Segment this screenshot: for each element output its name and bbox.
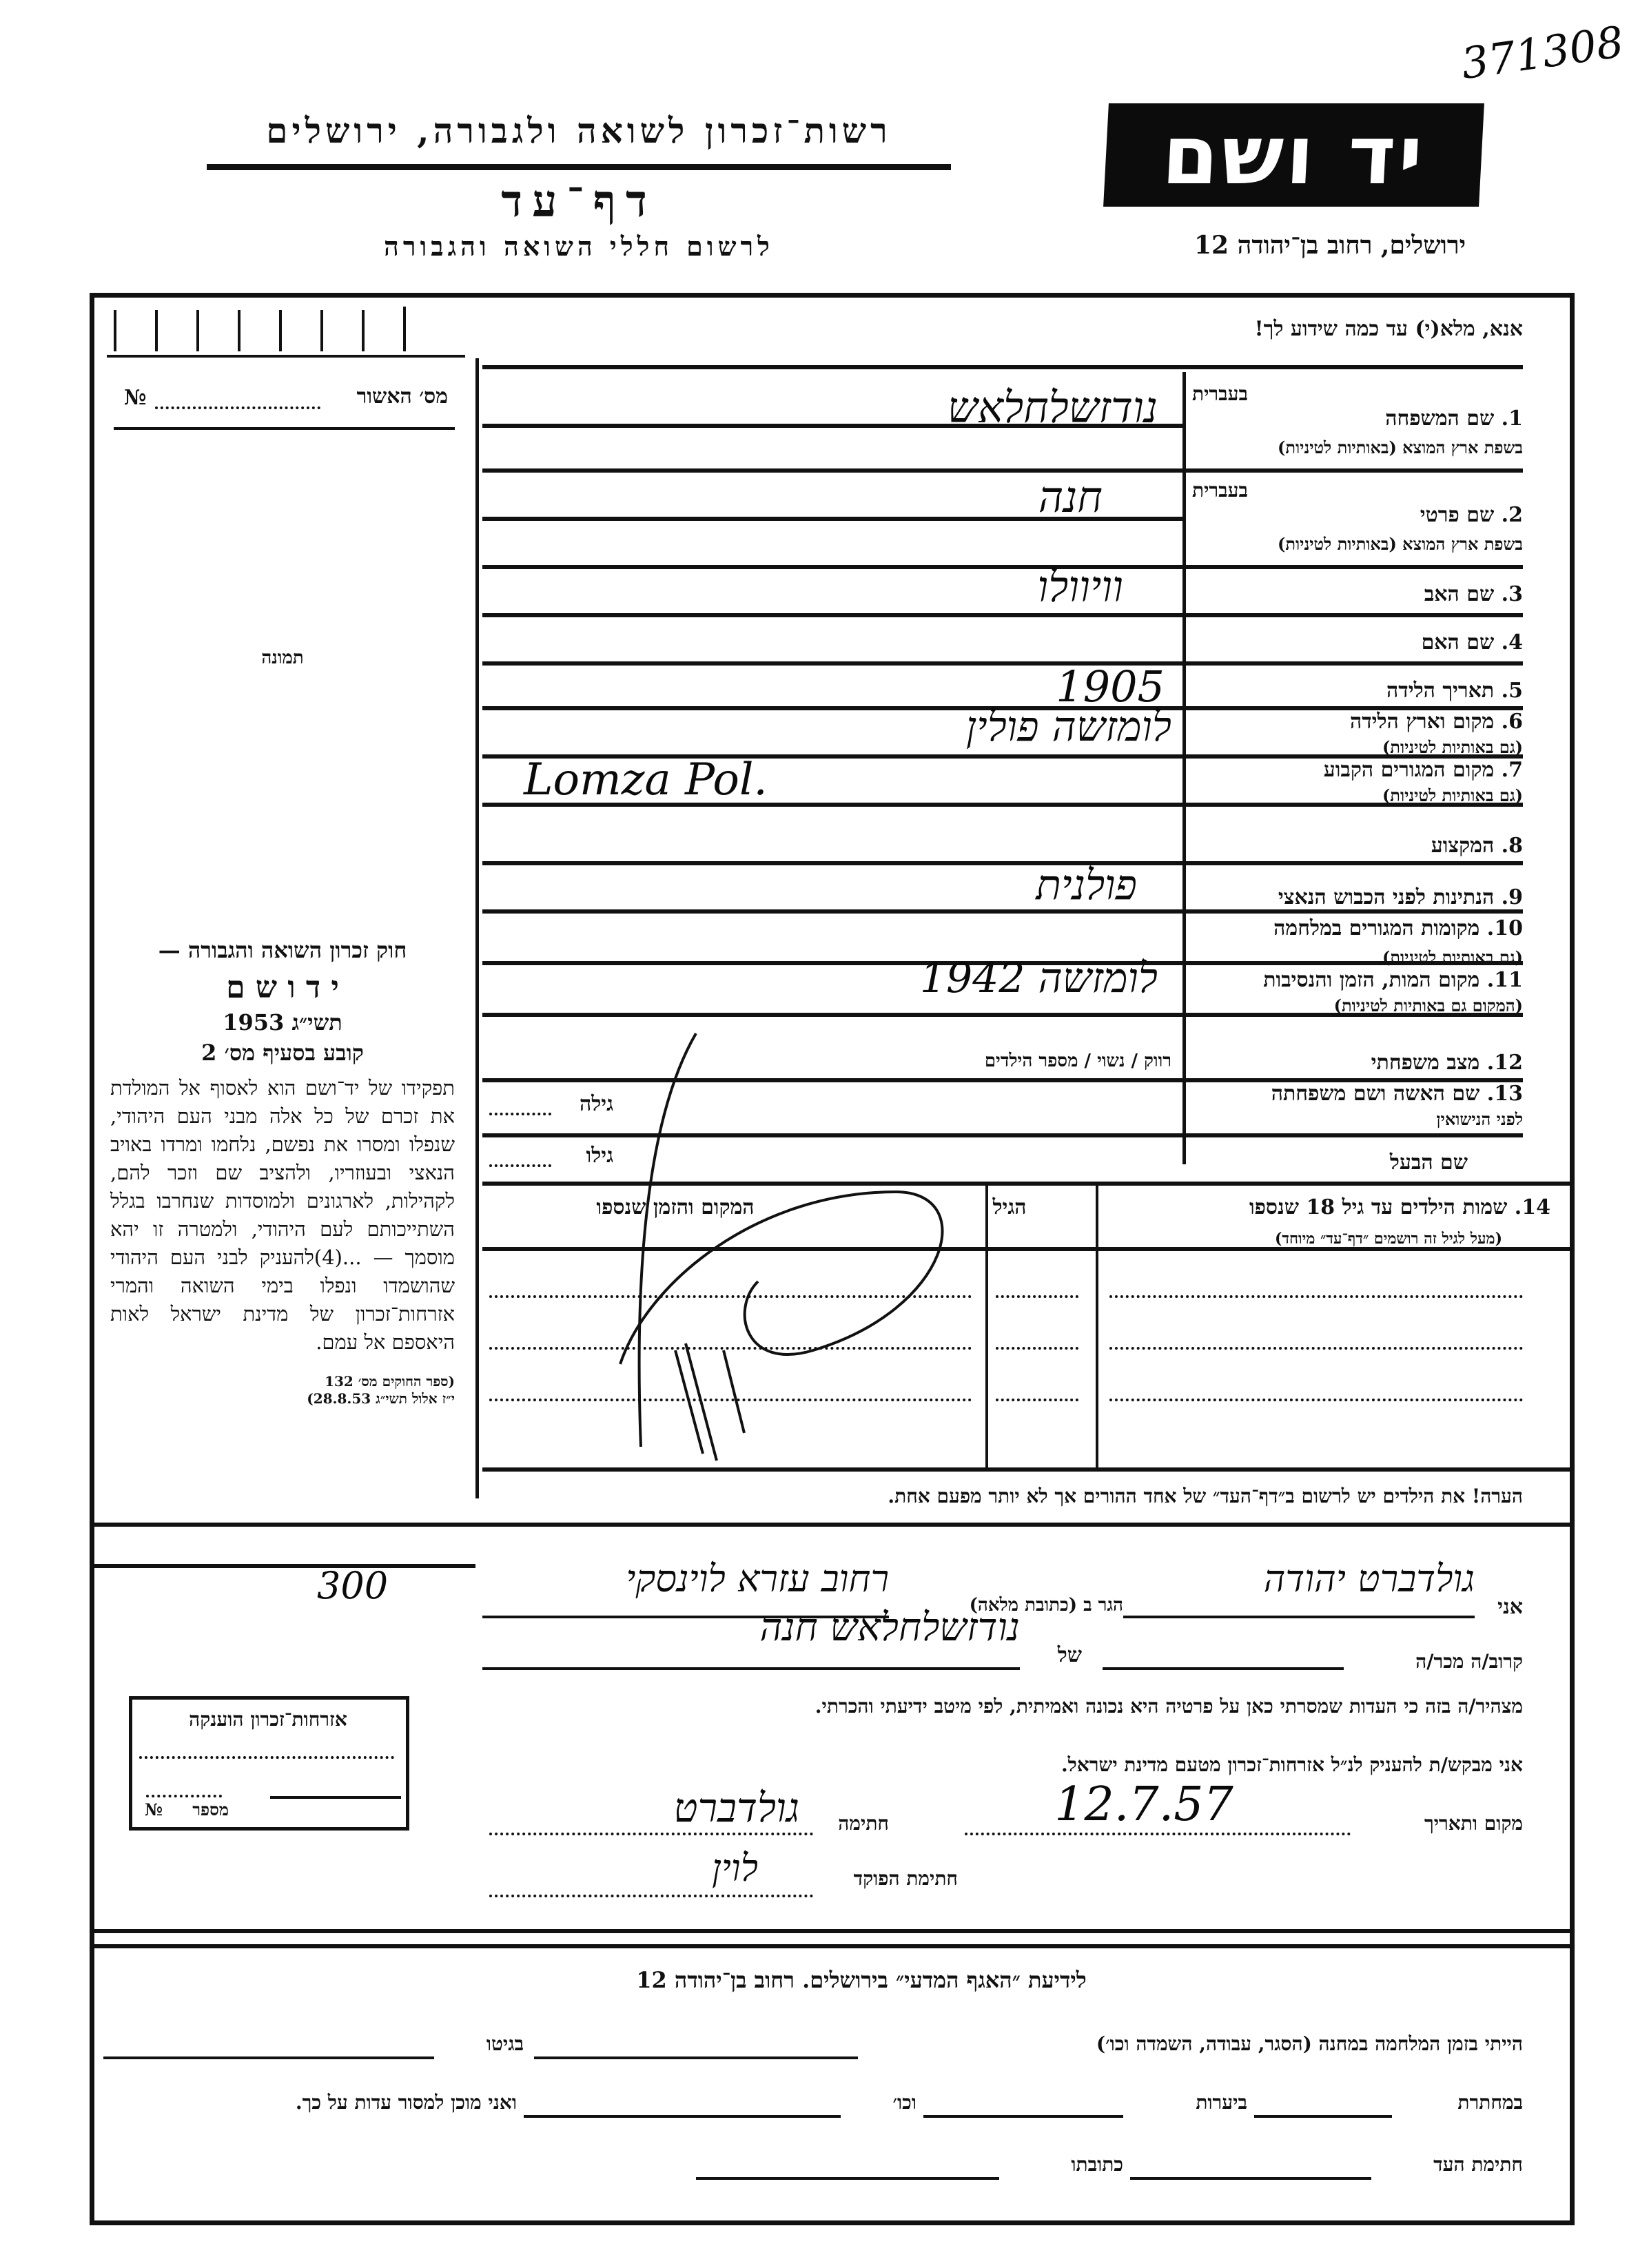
of-label: של bbox=[1034, 1643, 1082, 1667]
underground-field[interactable] bbox=[1254, 2115, 1392, 2118]
etc-field[interactable] bbox=[524, 2115, 841, 2118]
child-name-field[interactable] bbox=[1109, 1347, 1523, 1350]
field-13-sublabel: לפני הנישואין bbox=[1185, 1109, 1523, 1130]
divider bbox=[482, 613, 1523, 617]
footer-title: לידיעת ״האגף המדעי״ בירושלים. רחוב בן־יה… bbox=[482, 1967, 1240, 1993]
child-name-field[interactable] bbox=[1109, 1295, 1523, 1298]
instructions: אנא, מלא(י) עד כמה שידוע לך! bbox=[827, 317, 1523, 341]
field-label: שמות הילדים עד גיל 18 שנספו bbox=[1249, 1195, 1507, 1219]
field-6-label: 6. מקום וארץ הלידה bbox=[1192, 710, 1523, 734]
field-1-label: 1. שם המשפחה bbox=[1192, 406, 1523, 431]
field-label: מקום המגורים הקבוע bbox=[1324, 758, 1495, 782]
law-year: תשי״ג 1953 bbox=[110, 1009, 455, 1035]
footer-address-label: כתובתו bbox=[1006, 2153, 1123, 2176]
field-number: 13. bbox=[1487, 1082, 1523, 1106]
death-place-value[interactable]: לומזשה 1942 bbox=[758, 954, 1158, 1002]
witness-address-field[interactable] bbox=[696, 2177, 999, 2180]
logo-text: יד ושם bbox=[1160, 107, 1428, 203]
field-2-sublabel: בשפת ארץ המוצא (באותיות לטיניות) bbox=[1185, 534, 1523, 555]
field-number: 6. bbox=[1502, 710, 1523, 734]
law-section: קובע בסעיף מס׳ 2 bbox=[110, 1040, 455, 1066]
law-citation: (ספר החוקים מס׳ 132 bbox=[110, 1373, 455, 1390]
citizenship-box: אזרחות־זכרון הוענקה מספר № bbox=[129, 1696, 409, 1831]
field-label: שם האשה ושם משפחתה bbox=[1271, 1082, 1480, 1106]
relation-field[interactable] bbox=[1103, 1667, 1344, 1670]
ghetto-field[interactable] bbox=[103, 2056, 434, 2059]
divider bbox=[482, 1013, 1523, 1017]
field-label: שם המשפחה bbox=[1385, 406, 1494, 431]
form-title: דף־עד bbox=[207, 176, 951, 227]
field-number: 12. bbox=[1487, 1051, 1523, 1075]
field-10-label: 10. מקומות המגורים במלחמה bbox=[1192, 916, 1523, 940]
law-title: חוק זכרון השואה והגבורה — bbox=[110, 937, 455, 963]
tick-box bbox=[114, 303, 475, 362]
underline bbox=[965, 1833, 1351, 1835]
underline bbox=[270, 1796, 401, 1799]
field-5-label: 5. תאריך הלידה bbox=[1192, 679, 1523, 703]
camp-field[interactable] bbox=[534, 2056, 858, 2059]
divider bbox=[114, 427, 455, 430]
child-name-field[interactable] bbox=[1109, 1399, 1523, 1401]
field-number: 1. bbox=[1502, 406, 1523, 431]
divider bbox=[90, 1523, 1571, 1527]
citizenship-number-field[interactable] bbox=[146, 1795, 222, 1797]
field-1-sublabel: בשפת ארץ המוצא (באותיות לטיניות) bbox=[1185, 437, 1523, 458]
field-12-label: 12. מצב משפחתי bbox=[1192, 1051, 1523, 1075]
field-label: המקצוע bbox=[1431, 834, 1494, 858]
underline bbox=[482, 1667, 1020, 1670]
divider bbox=[482, 909, 1523, 914]
field-number: 7. bbox=[1502, 758, 1523, 782]
field-7-label: 7. מקום המגורים הקבוע bbox=[1192, 758, 1523, 782]
field-8-label: 8. המקצוע bbox=[1192, 834, 1523, 858]
divider bbox=[482, 424, 1185, 428]
field-number: 9. bbox=[1502, 885, 1523, 909]
approval-label: מס׳ האשור bbox=[324, 384, 448, 409]
form-subtitle: לרשום חללי השואה והגבורה bbox=[289, 231, 868, 262]
citizenship-field[interactable] bbox=[139, 1756, 394, 1759]
field-label: מקום המות, הזמן והנסיבות bbox=[1263, 968, 1479, 992]
signature-value[interactable]: גולדברט bbox=[496, 1784, 799, 1831]
i-label: אני bbox=[1482, 1595, 1523, 1619]
field-9-label: 9. הנתינות לפני הכבוש הנאצי bbox=[1192, 885, 1523, 909]
hebrew-label: בעברית bbox=[1192, 382, 1330, 406]
footer-underground-label: במחתרת bbox=[1399, 2091, 1523, 2114]
field-number: 11. bbox=[1487, 968, 1523, 992]
place-date-value[interactable]: 12.7.57 bbox=[951, 1777, 1337, 1832]
footer-willing-text: ואני מוכן למסור עדות על כך. bbox=[103, 2091, 517, 2114]
footer-camp-label: הייתי בזמן המלחמה במחנה (הסגר, עבודה, הש… bbox=[861, 2032, 1523, 2056]
underline bbox=[489, 1833, 813, 1835]
field-label: שם האם bbox=[1422, 630, 1495, 654]
field-number: 3. bbox=[1502, 582, 1523, 606]
footer-ghetto-label: בגיטו bbox=[441, 2032, 524, 2056]
label-column-divider bbox=[1182, 372, 1186, 1164]
birthplace-value[interactable]: לומזשה פולין bbox=[724, 703, 1171, 751]
law-name: י ד ו ש ם bbox=[110, 970, 455, 1005]
children-note: הערה! את הילדים יש לרשום ב״דף־העד״ של אח… bbox=[496, 1485, 1523, 1508]
nationality-value[interactable]: פולנית bbox=[896, 861, 1137, 909]
yad-vashem-logo: יד ושם bbox=[1103, 103, 1484, 207]
field-4-label: 4. שם האם bbox=[1192, 630, 1523, 654]
witness-signature-field[interactable] bbox=[1130, 2177, 1371, 2180]
column-divider bbox=[475, 358, 479, 1498]
field-number: 8. bbox=[1502, 834, 1523, 858]
declarant-name-value[interactable]: גולדברט יהודה bbox=[1116, 1557, 1475, 1600]
field-number: 10. bbox=[1487, 916, 1523, 940]
field-14-sublabel: (מעל לגיל זה רושמים ״דף־עד״ מיוחד) bbox=[1075, 1230, 1502, 1248]
underline bbox=[1123, 1616, 1475, 1618]
field-2-label: 2. שם פרטי bbox=[1192, 503, 1523, 527]
residence-value[interactable]: Lomza Pol. bbox=[524, 754, 937, 805]
divider bbox=[482, 365, 1523, 369]
citizenship-no-symbol: № bbox=[145, 1800, 163, 1819]
law-citation-date: י״ז אלול תשי״ג 28.8.53) bbox=[110, 1390, 455, 1408]
relation-label: קרוב/ה מכר/ה bbox=[1351, 1650, 1523, 1673]
address: ירושלים, רחוב בן־יהודה 12 bbox=[1144, 231, 1516, 260]
field-number: 2. bbox=[1502, 503, 1523, 527]
approval-no-symbol: № bbox=[124, 386, 147, 410]
field-label: מצב משפחתי bbox=[1371, 1051, 1480, 1075]
field-label: הנתינות לפני הכבוש הנאצי bbox=[1278, 885, 1494, 909]
field-number: 14. bbox=[1515, 1195, 1550, 1219]
divider bbox=[90, 1929, 1571, 1933]
cancel-scribble-mark bbox=[537, 1020, 1061, 1474]
officer-signature-label: חתימת הפוקד bbox=[813, 1867, 958, 1890]
title-rule bbox=[207, 164, 951, 170]
divider bbox=[482, 803, 1523, 807]
archive-number: 371308 bbox=[1458, 17, 1627, 89]
divider bbox=[90, 1944, 1571, 1948]
law-box: חוק זכרון השואה והגבורה — י ד ו ש ם תשי״… bbox=[110, 937, 455, 1408]
officer-signature-value[interactable]: לוין bbox=[551, 1846, 758, 1890]
hebrew-label: בעברית bbox=[1192, 479, 1330, 502]
field-number: 4. bbox=[1502, 630, 1523, 654]
footer-etc-label: וכו׳ bbox=[848, 2091, 916, 2114]
field-3-label: 3. שם האב bbox=[1192, 582, 1523, 606]
underline bbox=[489, 1895, 813, 1897]
citizenship-title: אזרחות־זכרון הוענקה bbox=[144, 1708, 392, 1731]
field-13-label: 13. שם האשה ושם משפחתה bbox=[1192, 1082, 1523, 1106]
father-name-value[interactable]: וויוולו bbox=[827, 561, 1123, 612]
place-date-label: מקום ותאריך bbox=[1378, 1812, 1523, 1835]
declarant-address-value[interactable]: רחוב עזרא לוינסקי bbox=[482, 1557, 889, 1600]
divider bbox=[90, 1564, 475, 1568]
first-name-hebrew-value[interactable]: חנה bbox=[827, 472, 1103, 523]
field-14-label: 14. שמות הילדים עד גיל 18 שנספו bbox=[1075, 1195, 1550, 1219]
field-label: שם פרטי bbox=[1420, 503, 1494, 527]
margin-number: 300 bbox=[317, 1564, 388, 1607]
declaration-statement: מצהיר/ה בזה כי העדות שמסרתי כאן על פרטיה… bbox=[482, 1695, 1523, 1718]
husband-name-label: שם הבעל bbox=[1192, 1151, 1468, 1175]
field-11-label: 11. מקום המות, הזמן והנסיבות bbox=[1192, 968, 1523, 992]
authority-title: רשות־זכרון לשואה ולגבורה, ירושלים bbox=[207, 110, 951, 151]
footer-forests-label: ביערות bbox=[1130, 2091, 1247, 2114]
field-label: תאריך הלידה bbox=[1386, 679, 1494, 703]
citizenship-number-label: מספר bbox=[174, 1800, 229, 1820]
column-divider bbox=[1096, 1185, 1098, 1467]
field-label: מקום וארץ הלידה bbox=[1350, 710, 1494, 734]
forests-field[interactable] bbox=[923, 2115, 1123, 2118]
divider bbox=[482, 517, 1185, 521]
relation-of-value[interactable]: נודזשלחלאש חנה bbox=[482, 1605, 1020, 1650]
field-label: שם האב bbox=[1424, 582, 1494, 606]
field-number: 5. bbox=[1502, 679, 1523, 703]
citizenship-request: אני מבקש/ת להעניק לנ״ל אזרחות־זכרון מטעם… bbox=[689, 1753, 1523, 1777]
photo-label: תמונה bbox=[227, 648, 338, 668]
law-body: תפקידו של יד־ושם הוא לאסוף אל המולדת את … bbox=[110, 1074, 455, 1357]
approval-number-field[interactable] bbox=[155, 406, 320, 409]
signature-label: חתימה bbox=[813, 1812, 889, 1835]
field-label: מקומות המגורים במלחמה bbox=[1273, 916, 1479, 940]
footer-witness-signature-label: חתימת העד bbox=[1378, 2153, 1523, 2176]
